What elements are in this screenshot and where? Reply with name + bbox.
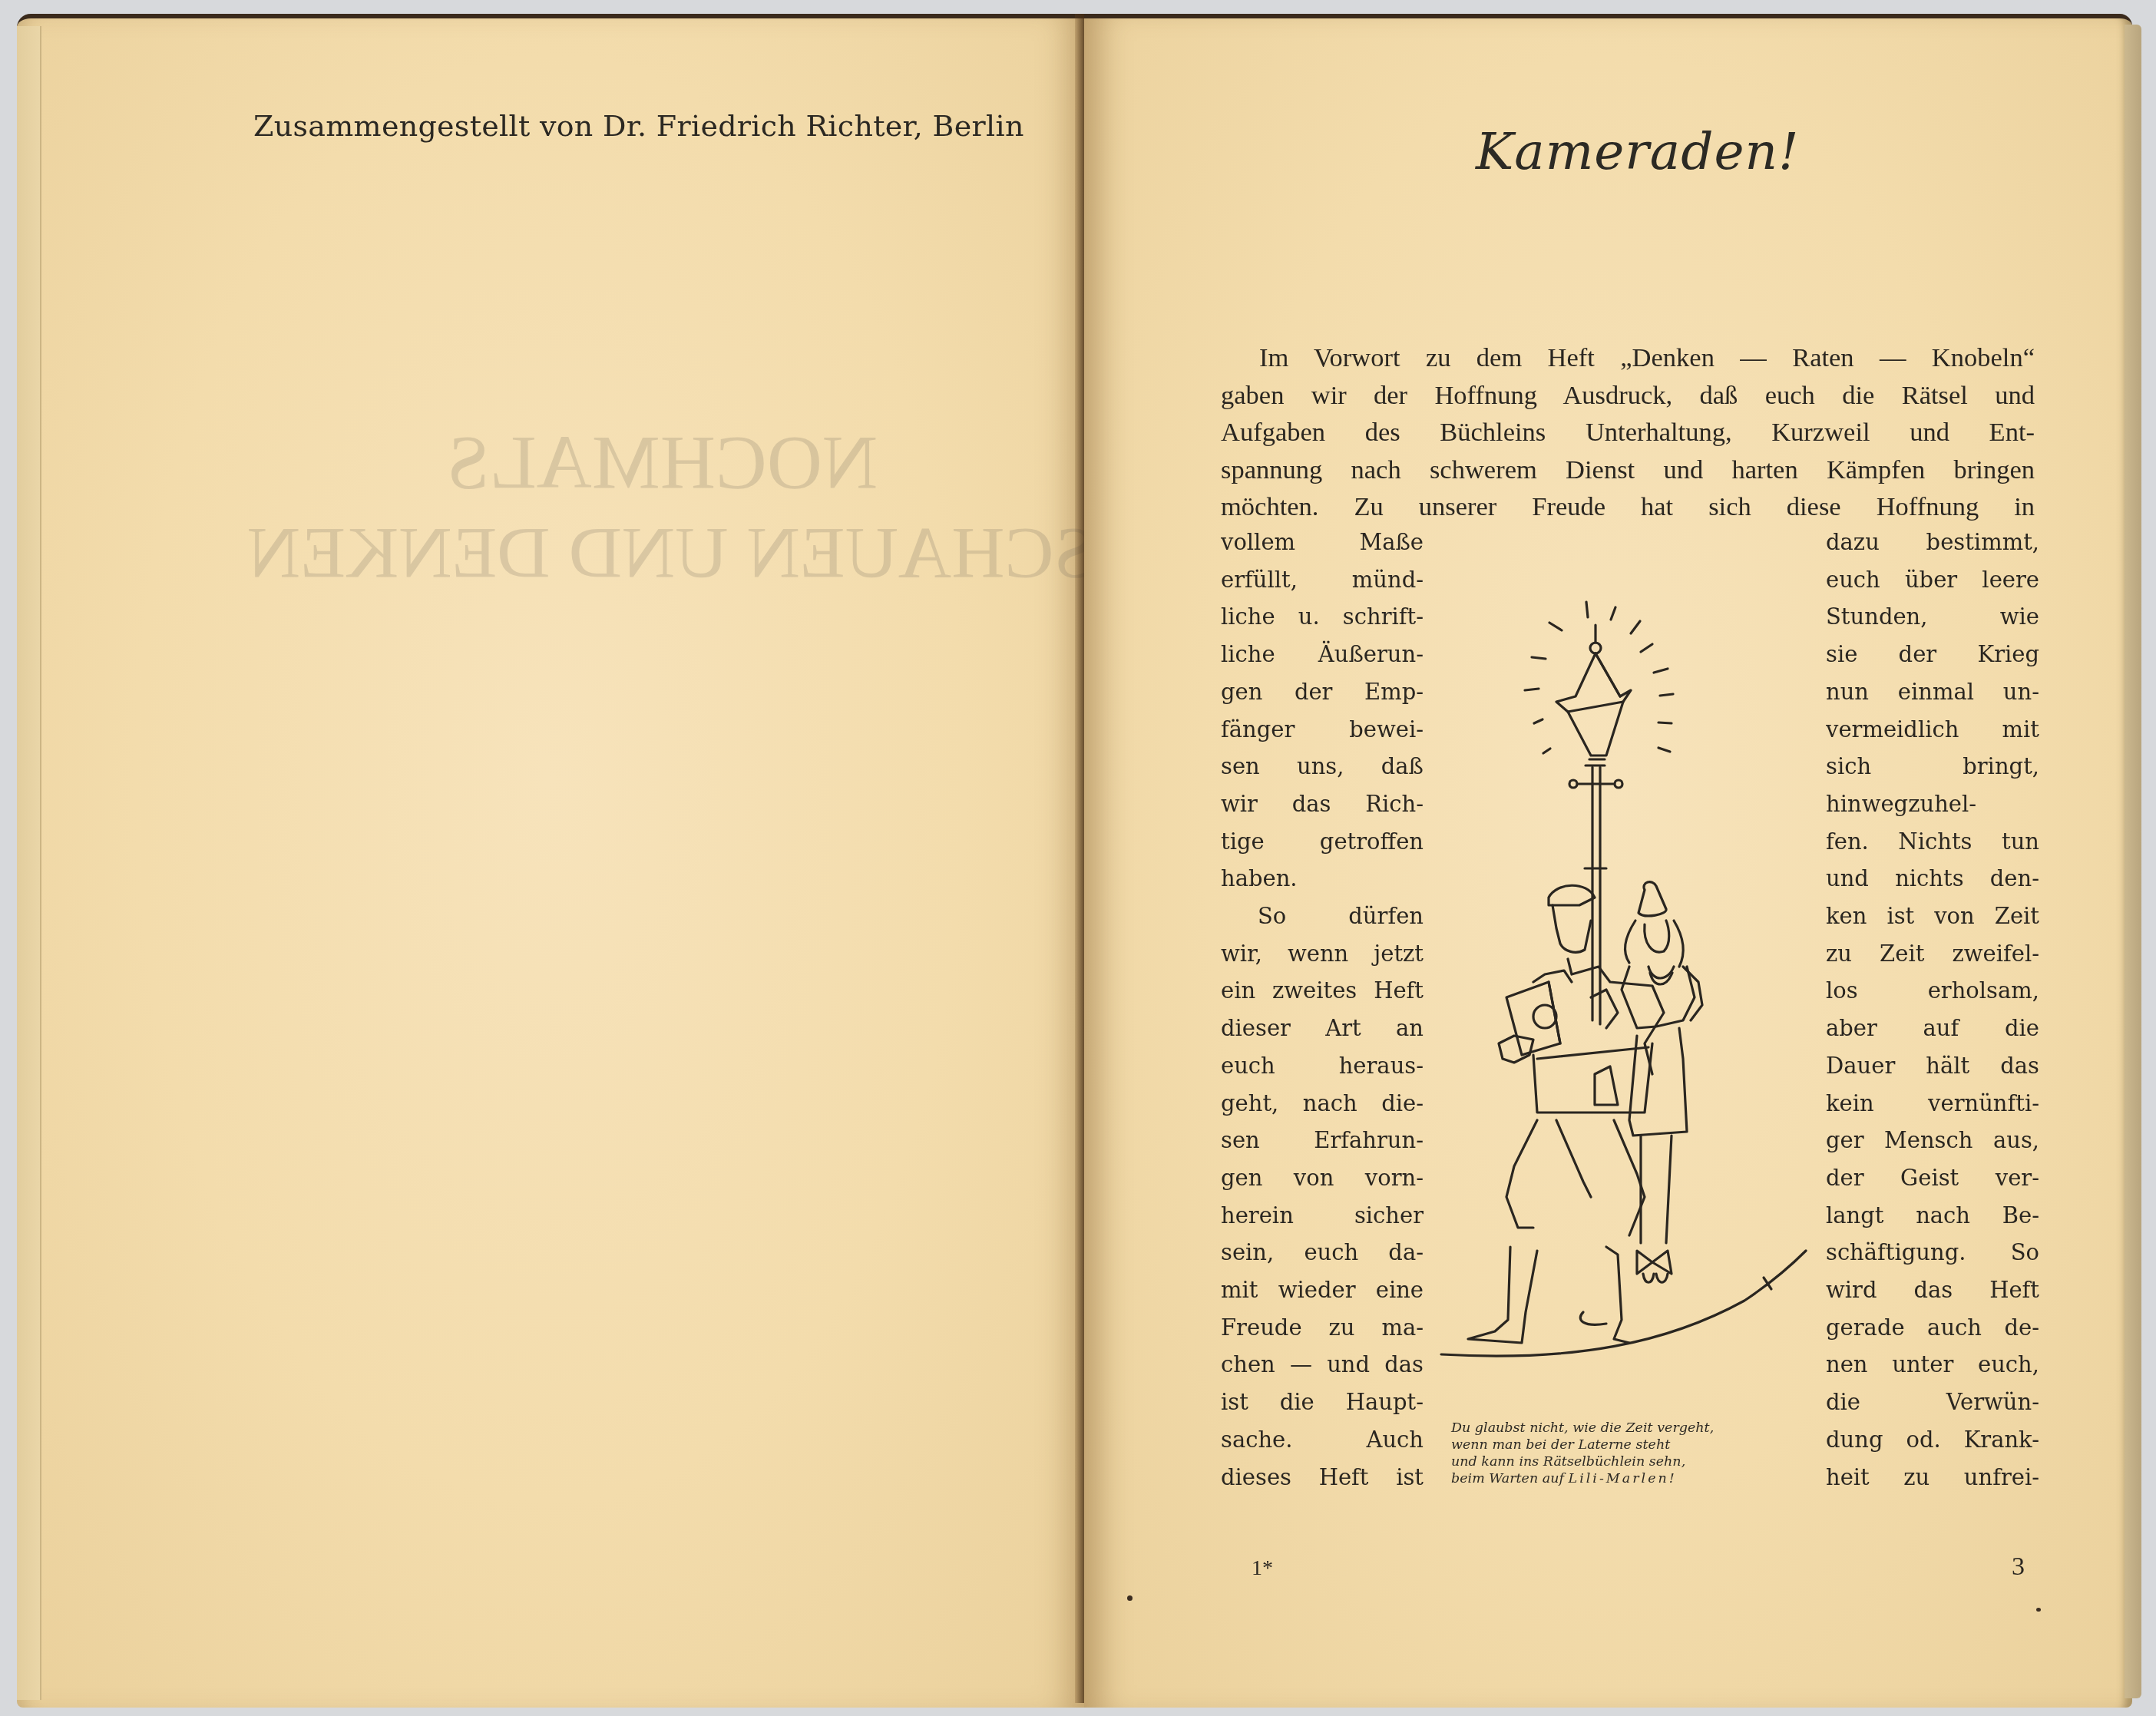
text-line: und nichts den- xyxy=(1826,860,2039,898)
text-line: liche u. schrift- xyxy=(1221,598,1424,636)
text-line: gaben wir der Hoffnung Ausdruck, daß euc… xyxy=(1221,377,2035,415)
text-line: Aufgaben des Büchleins Unterhaltung, Kur… xyxy=(1221,414,2035,451)
soldier-figure-icon xyxy=(1468,885,1664,1343)
text-line: gen von vorn- xyxy=(1221,1159,1424,1197)
text-line: der Geist ver- xyxy=(1826,1159,2039,1197)
text-line: fen. Nichts tun xyxy=(1826,823,2039,861)
text-line: Stunden, wie xyxy=(1826,598,2039,636)
caption-line: und kann ins Rätselbüchlein sehn, xyxy=(1451,1453,1714,1470)
text-line: geht, nach die- xyxy=(1221,1085,1424,1123)
text-line: nun einmal un- xyxy=(1826,673,2039,711)
text-line: gen der Emp- xyxy=(1221,673,1424,711)
text-line: Im Vorwort zu dem Heft „Denken — Raten —… xyxy=(1221,339,2035,377)
compiler-credit: Zusammengestellt von Dr. Friedrich Richt… xyxy=(253,109,1024,143)
text-line: vermeidlich mit xyxy=(1826,711,2039,749)
text-line: sein, euch da- xyxy=(1221,1234,1424,1271)
text-line: nen unter euch, xyxy=(1826,1346,2039,1384)
page-title: Kameraden! xyxy=(1476,122,1800,181)
lamp-rays-icon xyxy=(1525,602,1673,753)
text-line: fänger bewei- xyxy=(1221,711,1424,749)
text-line: haben. xyxy=(1221,860,1424,898)
text-line: die Verwün- xyxy=(1826,1384,2039,1421)
text-line: langt nach Be- xyxy=(1826,1197,2039,1235)
paper-speck xyxy=(1127,1595,1133,1601)
text-line: dieser Art an xyxy=(1221,1010,1424,1047)
caption-line: Du glaubst nicht, wie die Zeit vergeht, xyxy=(1451,1420,1714,1437)
text-line: wird das Heft xyxy=(1826,1271,2039,1309)
caption-line-last: beim Warten auf Lili-Marlen! xyxy=(1451,1470,1714,1487)
text-line: ein zweites Heft xyxy=(1221,972,1424,1010)
text-line: schäftigung. So xyxy=(1826,1234,2039,1271)
text-line: herein sicher xyxy=(1221,1197,1424,1235)
caption-song-name: Lili-Marlen! xyxy=(1569,1471,1677,1486)
text-line: los erholsam, xyxy=(1826,972,2039,1010)
open-booklet: Zusammengestellt von Dr. Friedrich Richt… xyxy=(17,14,2132,1703)
right-text-column: dazu bestimmt, euch über leere Stunden, … xyxy=(1826,524,2039,1496)
text-line: hinwegzuhel- xyxy=(1826,785,2039,823)
text-line: ist die Haupt- xyxy=(1221,1384,1424,1421)
show-through-text: SCHAUEN UND DENKEN xyxy=(247,510,1095,595)
text-line: heit zu unfrei- xyxy=(1826,1459,2039,1496)
right-page: Kameraden! Im Vorwort zu dem Heft „Denke… xyxy=(1084,14,2132,1708)
paper-speck xyxy=(2036,1608,2041,1612)
text-line: So dürfen xyxy=(1221,898,1424,935)
text-line: tige getroffen xyxy=(1221,823,1424,861)
lamppost-soldier-illustration xyxy=(1422,583,1821,1408)
text-line: wir, wenn jetzt xyxy=(1221,935,1424,973)
text-line: mit wieder eine xyxy=(1221,1271,1424,1309)
text-line: dieses Heft ist xyxy=(1221,1459,1424,1496)
caption-line: wenn man bei der Laterne steht xyxy=(1451,1437,1714,1453)
text-line: sen uns, daß xyxy=(1221,748,1424,785)
left-page: Zusammengestellt von Dr. Friedrich Richt… xyxy=(17,14,1084,1708)
text-line: sen Erfahrun- xyxy=(1221,1122,1424,1159)
text-line: sich bringt, xyxy=(1826,748,2039,785)
text-line: liche Äußerun- xyxy=(1221,636,1424,673)
text-line: euch über leere xyxy=(1826,561,2039,599)
signature-mark: 1* xyxy=(1252,1556,1273,1581)
text-line: zu Zeit zweifel- xyxy=(1826,935,2039,973)
text-line: euch heraus- xyxy=(1221,1047,1424,1085)
text-line: dazu bestimmt, xyxy=(1826,524,2039,561)
text-line: sache. Auch xyxy=(1221,1421,1424,1459)
text-line: gerade auch de- xyxy=(1826,1309,2039,1347)
text-line: ken ist von Zeit xyxy=(1826,898,2039,935)
text-line: kein vernünfti- xyxy=(1826,1085,2039,1123)
text-line: Freude zu ma- xyxy=(1221,1309,1424,1347)
text-line: chen — und das xyxy=(1221,1346,1424,1384)
text-line: wir das Rich- xyxy=(1221,785,1424,823)
text-line: spannung nach schwerem Dienst und harten… xyxy=(1221,451,2035,489)
illustration-caption: Du glaubst nicht, wie die Zeit vergeht, … xyxy=(1451,1420,1714,1487)
text-line: vollem Maße xyxy=(1221,524,1424,561)
text-line: aber auf die xyxy=(1826,1010,2039,1047)
text-line: sie der Krieg xyxy=(1826,636,2039,673)
lamppost-icon xyxy=(1569,767,1622,1024)
text-line: Dauer hält das xyxy=(1826,1047,2039,1085)
left-text-column: vollem Maße erfüllt, münd- liche u. schr… xyxy=(1221,524,1424,1496)
lantern-icon xyxy=(1556,625,1631,765)
text-line: ger Mensch aus, xyxy=(1826,1122,2039,1159)
text-line: möchten. Zu unserer Freude hat sich dies… xyxy=(1221,488,2035,526)
page-number: 3 xyxy=(2012,1552,2025,1582)
text-line: erfüllt, münd- xyxy=(1221,561,1424,599)
caption-text: beim Warten auf xyxy=(1451,1471,1569,1486)
text-line: dung od. Krank- xyxy=(1826,1421,2039,1459)
intro-paragraph: Im Vorwort zu dem Heft „Denken — Raten —… xyxy=(1221,339,2035,526)
page-stack-edge xyxy=(2125,25,2141,1698)
show-through-text: NOCHMALS xyxy=(447,418,878,506)
